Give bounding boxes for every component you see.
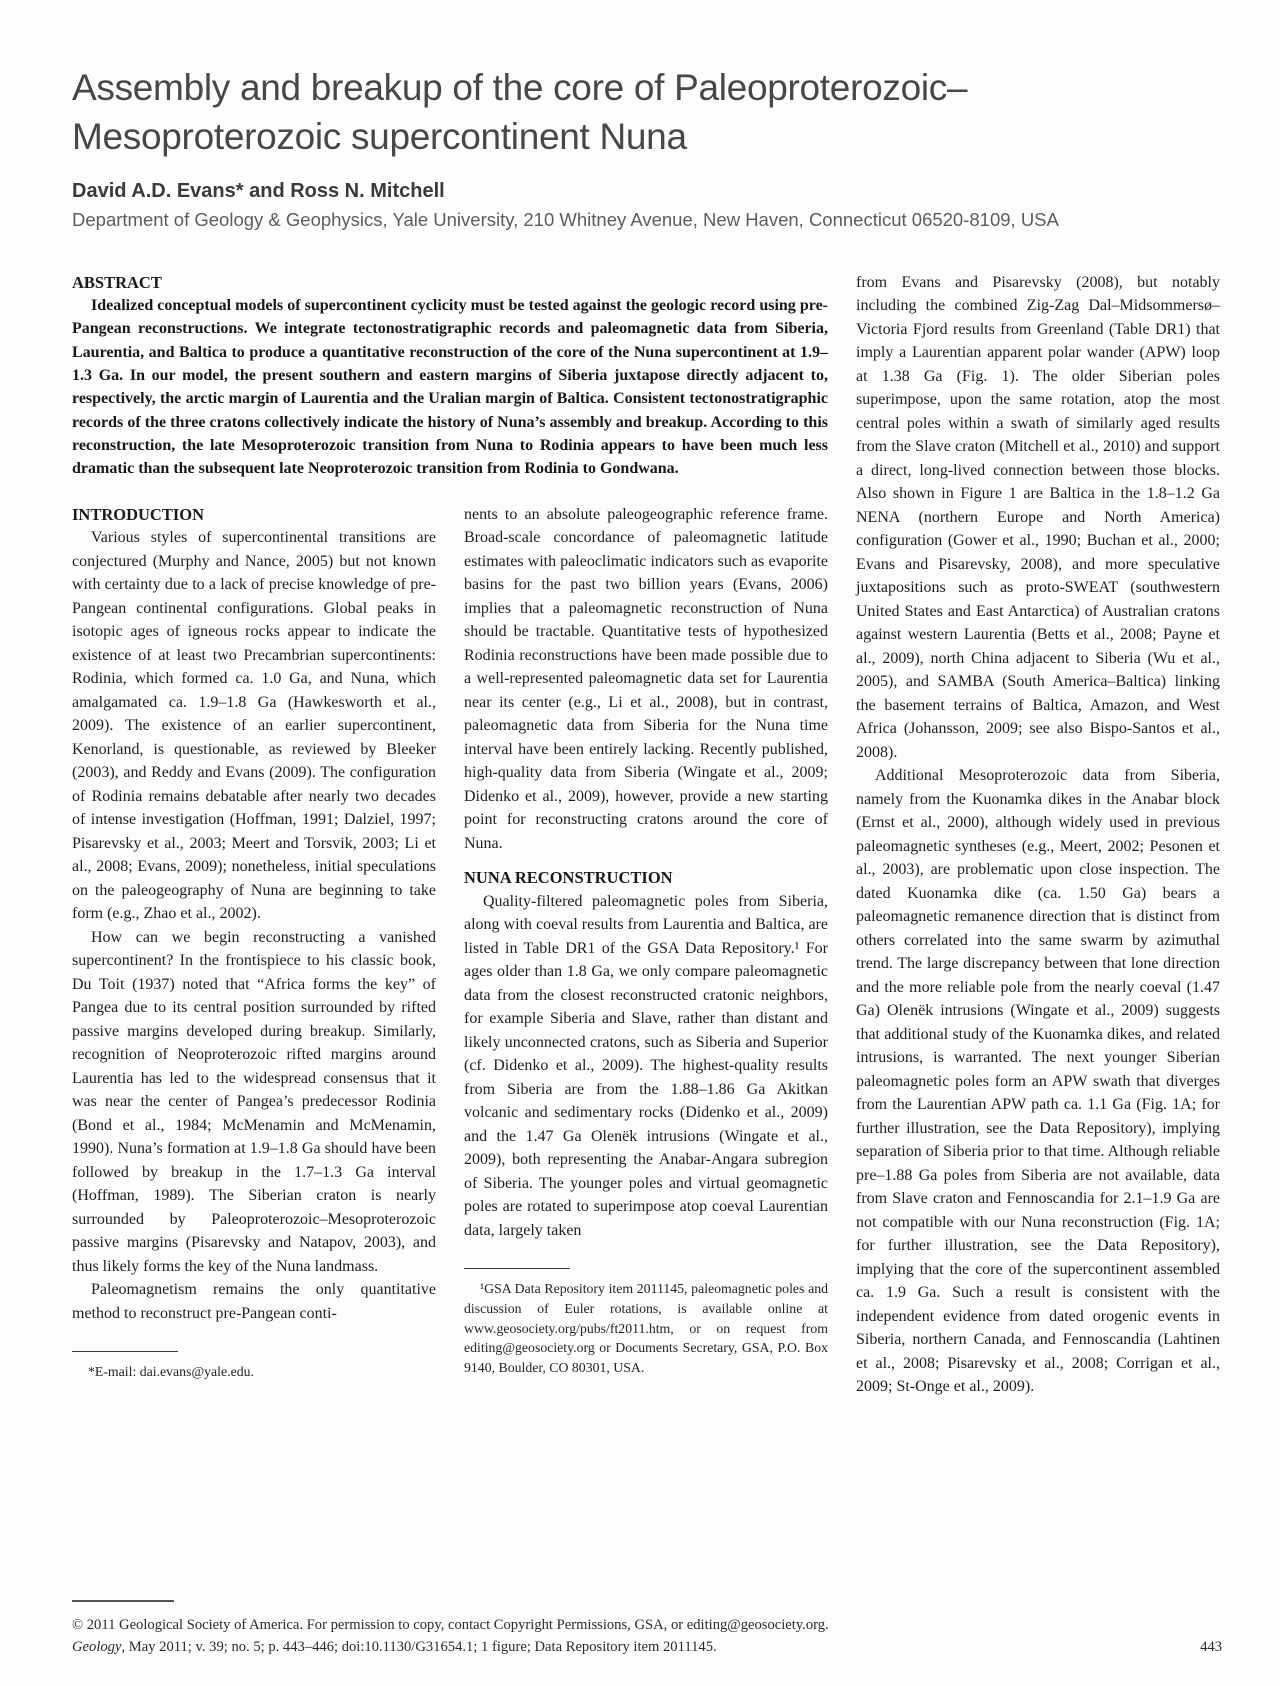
journal-name: Geology — [72, 1639, 121, 1655]
article-title: Assembly and breakup of the core of Pale… — [72, 64, 1102, 162]
data-repository-footnote-text: ¹GSA Data Repository item 2011145, paleo… — [464, 1279, 828, 1378]
citation-details: , May 2011; v. 39; no. 5; p. 443–446; do… — [121, 1639, 716, 1655]
footer-rule — [72, 1600, 174, 1602]
footnote-rule — [72, 1351, 178, 1352]
page-number: 443 — [1200, 1636, 1222, 1658]
column-1: INTRODUCTION Various styles of supercont… — [72, 503, 436, 1382]
abstract-heading: ABSTRACT — [72, 271, 828, 295]
journal-page: Assembly and breakup of the core of Pale… — [0, 0, 1280, 1686]
page-footer: © 2011 Geological Society of America. Fo… — [72, 1600, 1222, 1658]
body-columns: INTRODUCTION Various styles of supercont… — [72, 503, 828, 1382]
intro-paragraph-3: Paleomagnetism remains the only quantita… — [72, 1278, 436, 1325]
citation-row: Geology, May 2011; v. 39; no. 5; p. 443–… — [72, 1636, 1222, 1658]
copyright-line: © 2011 Geological Society of America. Fo… — [72, 1614, 1222, 1636]
article-header: Assembly and breakup of the core of Pale… — [72, 64, 1218, 231]
authors-line: David A.D. Evans* and Ross N. Mitchell — [72, 180, 1218, 203]
col3-paragraph-1: from Evans and Pisarevsky (2008), but no… — [856, 271, 1220, 765]
nuna-reconstruction-heading: NUNA RECONSTRUCTION — [464, 866, 828, 890]
affiliation-line: Department of Geology & Geophysics, Yale… — [72, 209, 1218, 231]
col3-paragraph-2: Additional Mesoproterozoic data from Sib… — [856, 764, 1220, 1399]
email-footnote: *E-mail: dai.evans@yale.edu. — [72, 1351, 436, 1382]
intro-paragraph-1: Various styles of supercontinental trans… — [72, 526, 436, 926]
article-body: ABSTRACT Idealized conceptual models of … — [72, 271, 1218, 1399]
left-two-column-group: ABSTRACT Idealized conceptual models of … — [72, 271, 828, 1399]
data-repository-footnote: ¹GSA Data Repository item 2011145, paleo… — [464, 1268, 828, 1378]
col2-paragraph: Quality-filtered paleomagnetic poles fro… — [464, 890, 828, 1243]
intro-paragraph-2: How can we begin reconstructing a vanish… — [72, 926, 436, 1279]
email-footnote-text: *E-mail: dai.evans@yale.edu. — [72, 1362, 436, 1382]
footnote-rule — [464, 1268, 570, 1269]
introduction-heading: INTRODUCTION — [72, 503, 436, 527]
abstract-section: ABSTRACT Idealized conceptual models of … — [72, 271, 828, 481]
citation-line: Geology, May 2011; v. 39; no. 5; p. 443–… — [72, 1636, 717, 1658]
column-3: from Evans and Pisarevsky (2008), but no… — [856, 271, 1220, 1399]
column-2: nents to an absolute paleogeographic ref… — [464, 503, 828, 1382]
abstract-text: Idealized conceptual models of supercont… — [72, 294, 828, 480]
col2-continuation-paragraph: nents to an absolute paleogeographic ref… — [464, 503, 828, 856]
